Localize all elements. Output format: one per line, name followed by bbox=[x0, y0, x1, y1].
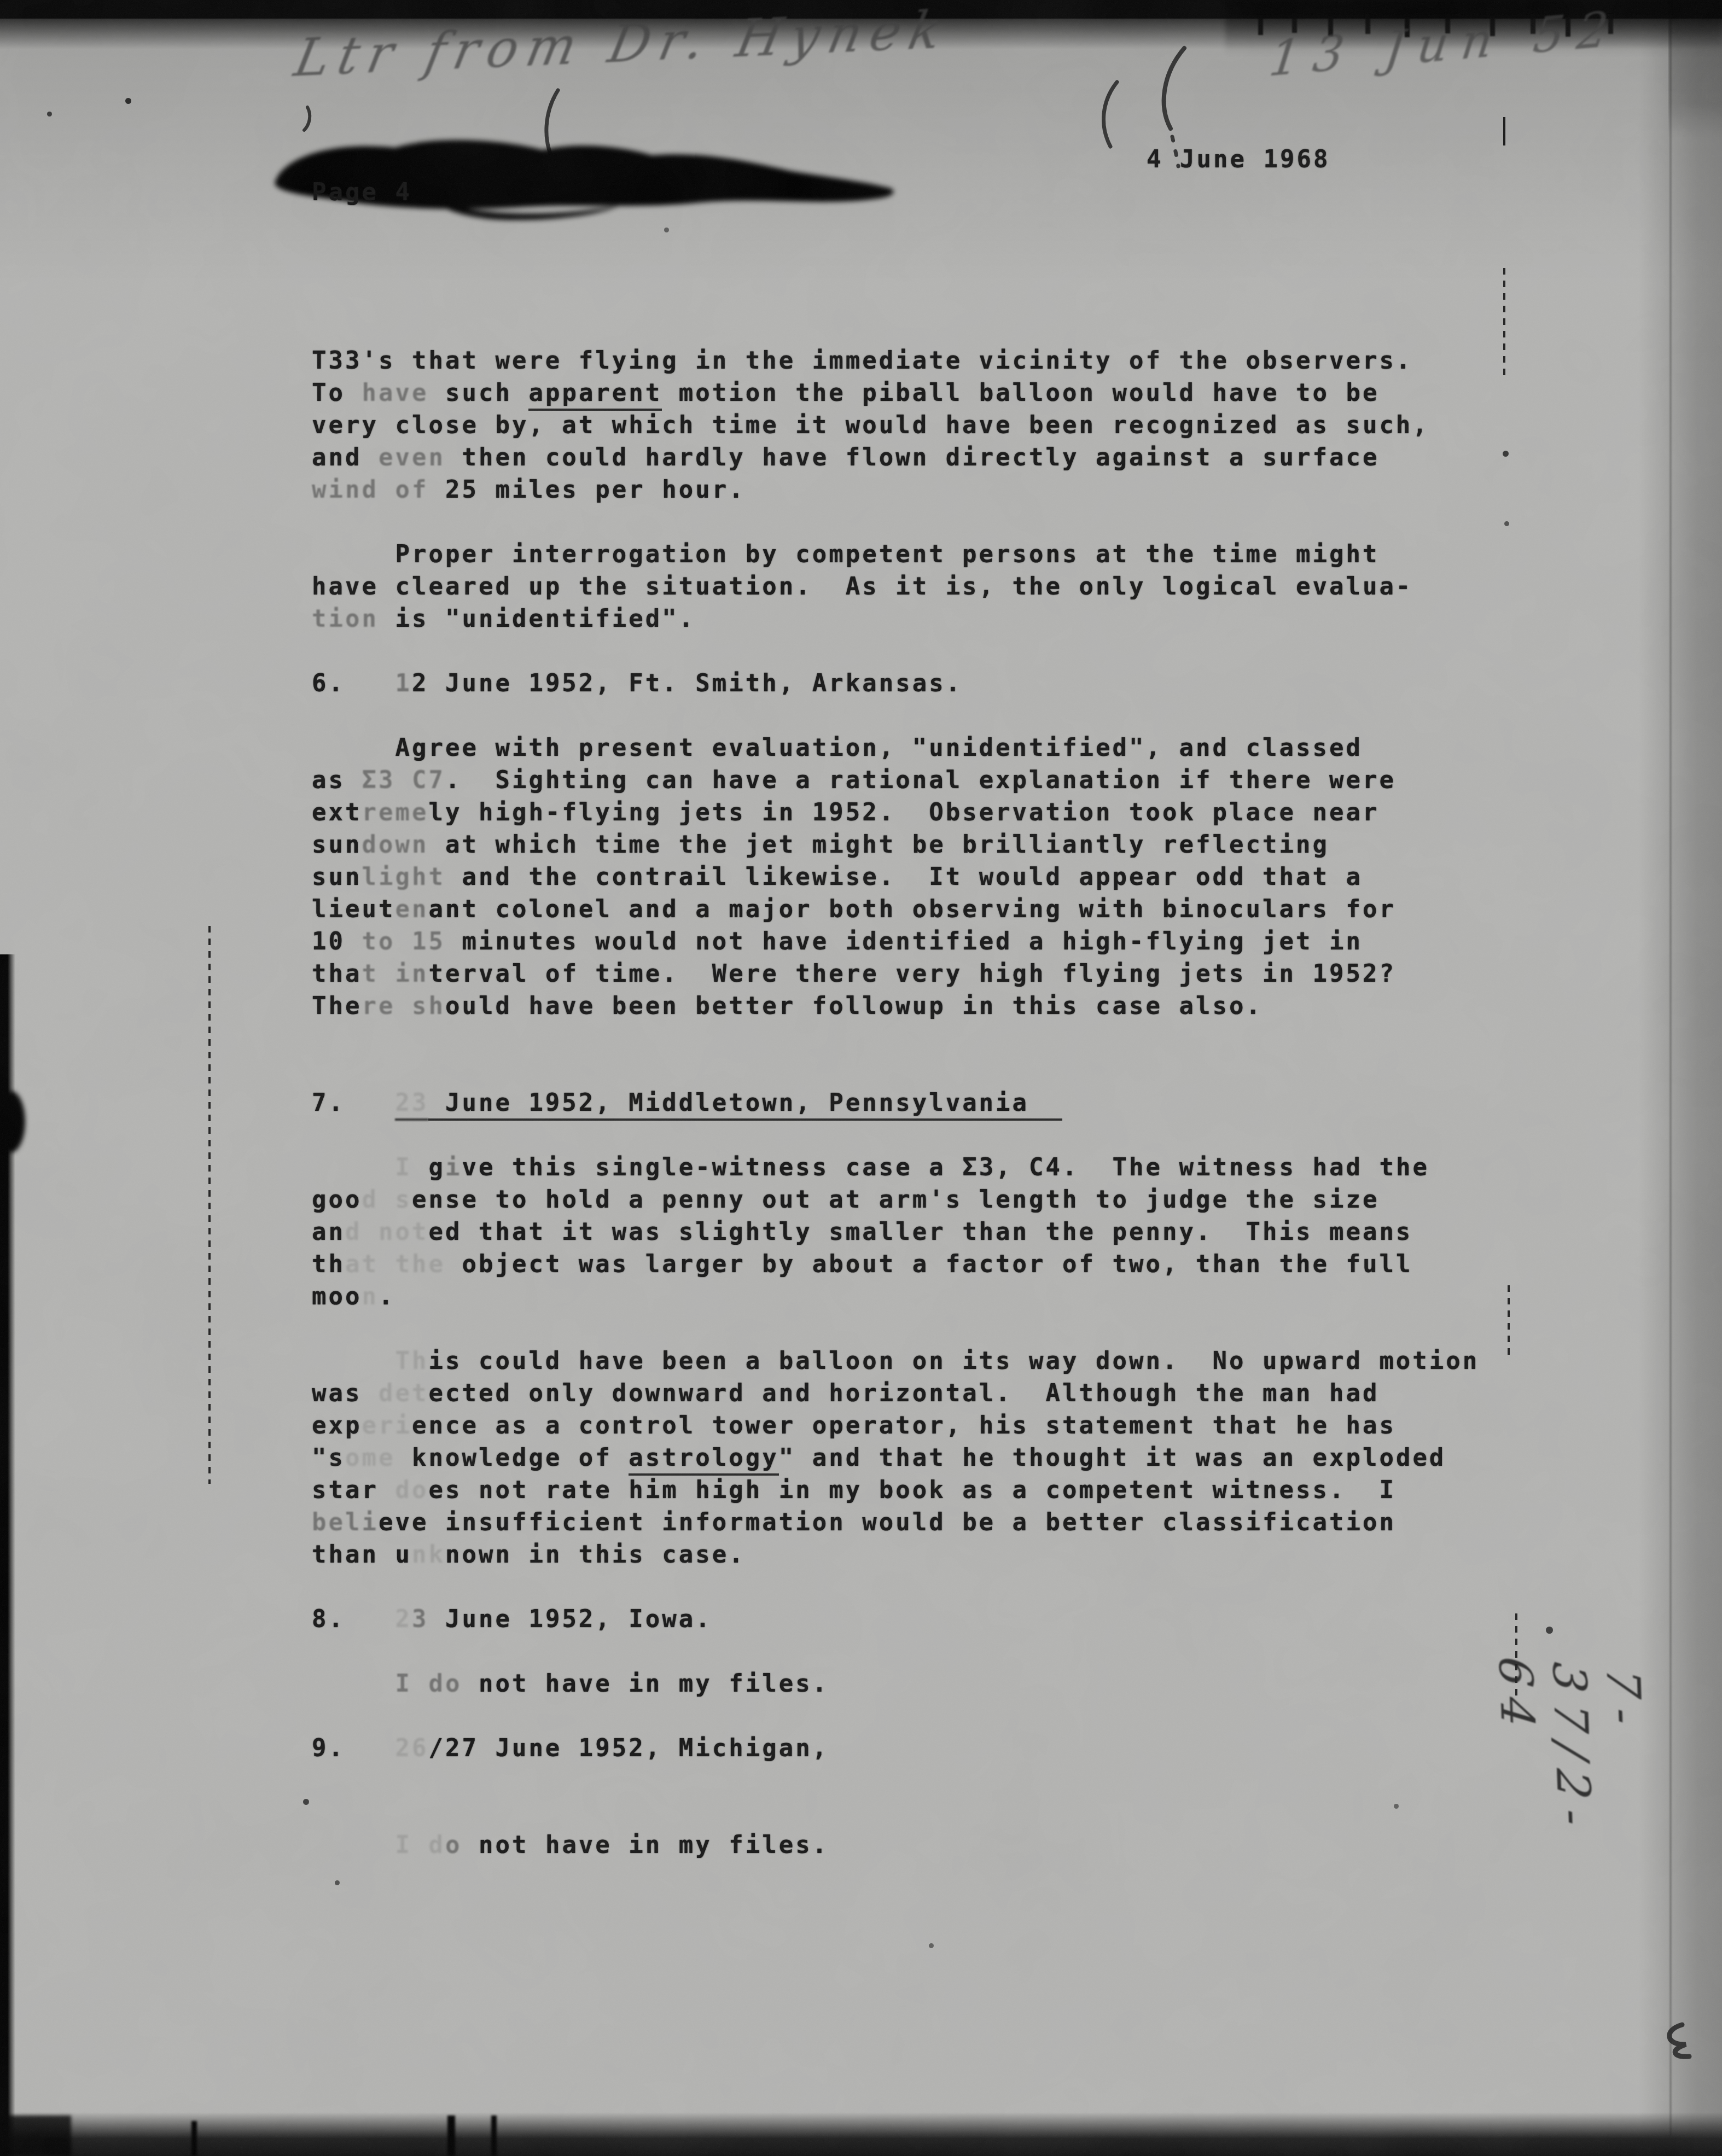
text-segment bbox=[312, 1670, 395, 1698]
text-segment: June 1952, Iowa. bbox=[428, 1605, 712, 1633]
text-line: have cleared up the situation. As it is,… bbox=[312, 570, 1471, 603]
text-segment: To bbox=[312, 379, 362, 407]
text-line: as Σ3 C7. Sighting can have a rational e… bbox=[312, 764, 1471, 796]
document-body: T33's that were flying in the immediate … bbox=[312, 345, 1471, 1861]
scan-specks bbox=[0, 0, 3, 3]
scan-edge-tick-marks bbox=[1258, 15, 1263, 35]
underlined-text: astrology bbox=[629, 1444, 778, 1476]
text-segment: /27 June 1952, Michigan, bbox=[428, 1734, 829, 1762]
text-line: than unknown in this case. bbox=[312, 1539, 1471, 1571]
scan-streak bbox=[491, 2116, 497, 2156]
text-segment: wind of bbox=[312, 476, 428, 504]
text-segment: " and that he thought it was an exploded bbox=[779, 1444, 1446, 1472]
text-segment: eri bbox=[362, 1412, 411, 1440]
text-line: and noted that it was slightly smaller t… bbox=[312, 1216, 1471, 1248]
text-segment: The bbox=[312, 992, 362, 1020]
text-line: 9. 26/27 June 1952, Michigan, bbox=[312, 1732, 1471, 1764]
text-segment: an bbox=[312, 1218, 345, 1246]
text-segment: "s bbox=[312, 1444, 345, 1472]
text-segment: d not bbox=[345, 1218, 428, 1246]
text-segment: at which time the jet might be brilliant… bbox=[428, 831, 1329, 859]
text-segment: to 15 bbox=[362, 928, 445, 955]
text-line: that interval of time. Were there very h… bbox=[312, 958, 1471, 990]
reply: I do not have in my files. bbox=[312, 1668, 1471, 1700]
text-line: There should have been better followup i… bbox=[312, 990, 1471, 1022]
text-segment: 26 bbox=[395, 1734, 428, 1762]
text-segment: was bbox=[312, 1379, 379, 1407]
underlined-text: June 1952, Middletown, Pennsylvania bbox=[428, 1089, 1029, 1121]
text-segment: Th bbox=[395, 1347, 428, 1375]
text-line: 7. 23 June 1952, Middletown, Pennsylvani… bbox=[312, 1087, 1471, 1119]
text-segment: ense to hold a penny out at arm's length… bbox=[412, 1186, 1379, 1214]
text-line: and even then could hardly have flown di… bbox=[312, 441, 1471, 474]
text-line: experience as a control tower operator, … bbox=[312, 1409, 1471, 1442]
text-line: extremely high-flying jets in 1952. Obse… bbox=[312, 796, 1471, 829]
text-segment: minutes would not have identified a high… bbox=[445, 928, 1363, 955]
text-segment: re sh bbox=[362, 992, 445, 1020]
paragraph: I give this single-witness case a Σ3, C4… bbox=[312, 1151, 1471, 1313]
case-heading: 9. 26/27 June 1952, Michigan, bbox=[312, 1732, 1471, 1764]
text-segment: ve this single-witness case a Σ3, C4. Th… bbox=[462, 1153, 1429, 1181]
text-segment: 9. bbox=[312, 1734, 395, 1762]
text-segment: even bbox=[379, 444, 445, 471]
text-segment: star bbox=[312, 1476, 395, 1504]
text-segment: 8. bbox=[312, 1605, 395, 1633]
text-segment: down bbox=[362, 831, 428, 859]
case-heading: 8. 23 June 1952, Iowa. bbox=[312, 1603, 1471, 1635]
text-line: tion is "unidentified". bbox=[312, 603, 1471, 635]
underlined-text: apparent bbox=[528, 379, 662, 411]
text-segment: 7. bbox=[312, 1089, 395, 1117]
text-line: lieutenant colonel and a major both obse… bbox=[312, 893, 1471, 925]
text-segment: tha bbox=[312, 960, 362, 988]
text-line: believe insufficient information would b… bbox=[312, 1506, 1471, 1539]
text-segment: o bbox=[445, 1831, 462, 1859]
text-segment: t in bbox=[362, 960, 428, 988]
text-line: I do not have in my files. bbox=[312, 1668, 1471, 1700]
text-segment: 2 bbox=[395, 1605, 412, 1633]
text-segment: n bbox=[362, 1283, 379, 1310]
text-segment: th bbox=[312, 1250, 345, 1278]
text-line: very close by, at which time it would ha… bbox=[312, 409, 1471, 441]
text-segment: es not rate him high in my book as a com… bbox=[428, 1476, 1395, 1504]
paragraph: This could have been a balloon on its wa… bbox=[312, 1345, 1471, 1571]
text-segment: lieut bbox=[312, 895, 395, 923]
text-segment: is "unidentified". bbox=[379, 605, 695, 633]
text-segment: nown in this case. bbox=[445, 1541, 746, 1569]
text-line: star does not rate him high in my book a… bbox=[312, 1474, 1471, 1506]
text-segment: is could have been a balloon on its way … bbox=[428, 1347, 1479, 1375]
text-segment bbox=[312, 1153, 395, 1181]
text-segment: light bbox=[362, 863, 445, 891]
text-segment: ly high-flying jets in 1952. Observation… bbox=[428, 799, 1379, 826]
text-segment: moo bbox=[312, 1283, 362, 1310]
text-segment: 2 June 1952, Ft. Smith, Arkansas. bbox=[412, 669, 962, 697]
text-segment: d s bbox=[362, 1186, 411, 1214]
text-segment bbox=[312, 1831, 395, 1859]
text-line: good sense to hold a penny out at arm's … bbox=[312, 1184, 1471, 1216]
case-heading: 7. 23 June 1952, Middletown, Pennsylvani… bbox=[312, 1087, 1471, 1119]
text-segment: such bbox=[428, 379, 528, 407]
text-line: I give this single-witness case a Σ3, C4… bbox=[312, 1151, 1471, 1184]
text-line: was detected only downward and horizonta… bbox=[312, 1377, 1471, 1409]
text-segment: nk bbox=[412, 1541, 445, 1569]
text-segment: sun bbox=[312, 863, 362, 891]
text-segment: then could hardly have flown directly ag… bbox=[445, 444, 1379, 471]
text-segment: and bbox=[312, 444, 379, 471]
underlined-text: 23 bbox=[395, 1089, 428, 1121]
text-segment: reme bbox=[362, 799, 428, 826]
page-fold-line bbox=[1669, 0, 1672, 2156]
text-segment: 3 bbox=[412, 1605, 429, 1633]
text-segment: 25 miles per hour. bbox=[428, 476, 745, 504]
scan-streak bbox=[447, 2116, 455, 2156]
text-segment: I d bbox=[395, 1831, 445, 1859]
text-line: wind of 25 miles per hour. bbox=[312, 474, 1471, 506]
scan-streak bbox=[191, 2121, 197, 2156]
scan-corner-shadow bbox=[1668, 0, 1722, 138]
text-segment: not have in my files. bbox=[462, 1831, 829, 1859]
text-segment: T33's that were flying in the immediate … bbox=[312, 347, 1412, 375]
text-line: sunlight and the contrail likewise. It w… bbox=[312, 861, 1471, 893]
paragraph: Proper interrogation by competent person… bbox=[312, 538, 1471, 635]
text-segment: and the contrail likewise. It would appe… bbox=[445, 863, 1363, 891]
text-segment: tion bbox=[312, 605, 379, 633]
text-segment: en bbox=[395, 895, 428, 923]
text-segment: ome bbox=[345, 1444, 412, 1472]
scanned-document-page: Ltr from Dr. Hynek 13 Jun 52 Page 4 4 Ju… bbox=[0, 0, 1722, 2156]
text-line: Proper interrogation by competent person… bbox=[312, 538, 1471, 570]
text-segment: not have in my files. bbox=[462, 1670, 829, 1698]
text-line: that the object was larger by about a fa… bbox=[312, 1248, 1471, 1280]
text-segment: knowledge of bbox=[412, 1444, 629, 1472]
paragraph: Agree with present evaluation, "unidenti… bbox=[312, 732, 1471, 1022]
text-segment: goo bbox=[312, 1186, 362, 1214]
text-segment: Proper interrogation by competent person… bbox=[312, 540, 1379, 568]
margin-dotted-line bbox=[1508, 1285, 1510, 1355]
text-segment: than u bbox=[312, 1541, 412, 1569]
text-line: I do not have in my files. bbox=[312, 1829, 1471, 1861]
text-segment: . Sighting can have a rational explanati… bbox=[445, 766, 1396, 794]
text-segment: ould have been better followup in this c… bbox=[445, 992, 1263, 1020]
text-segment: ected only downward and horizontal. Alth… bbox=[428, 1379, 1379, 1407]
text-line: To have such apparent motion the piball … bbox=[312, 377, 1471, 409]
text-segment: 10 bbox=[312, 928, 362, 955]
text-segment: very close by, at which time it would ha… bbox=[312, 411, 1429, 439]
text-line: 10 to 15 minutes would not have identifi… bbox=[312, 925, 1471, 958]
text-segment: . bbox=[379, 1283, 395, 1310]
text-segment: g bbox=[412, 1153, 445, 1181]
handwritten-file-number: 7-37/2-64 bbox=[1488, 1654, 1656, 1845]
scan-bottom-edge-bar bbox=[0, 2112, 1722, 2156]
text-line: 8. 23 June 1952, Iowa. bbox=[312, 1603, 1471, 1635]
document-date: 4 June 1968 bbox=[1147, 145, 1330, 173]
underlined-text bbox=[1029, 1089, 1062, 1121]
text-segment: I bbox=[395, 1153, 412, 1181]
text-segment: do bbox=[395, 1476, 428, 1504]
text-segment: ence as a control tower operator, his st… bbox=[412, 1412, 1396, 1440]
text-segment: ext bbox=[312, 799, 362, 826]
case-heading: 6. 12 June 1952, Ft. Smith, Arkansas. bbox=[312, 667, 1471, 700]
text-line: sundown at which time the jet might be b… bbox=[312, 829, 1471, 861]
text-segment: exp bbox=[312, 1412, 362, 1440]
text-segment: eve insufficient information would be a … bbox=[379, 1508, 1396, 1536]
scan-left-edge-blob bbox=[0, 1091, 25, 1152]
margin-dotted-line bbox=[1503, 268, 1505, 380]
text-segment bbox=[312, 1347, 395, 1375]
text-segment: ed that it was slightly smaller than the… bbox=[428, 1218, 1412, 1246]
text-segment: have bbox=[362, 379, 428, 407]
text-segment: object was larger by about a factor of t… bbox=[445, 1250, 1412, 1278]
text-segment: I do bbox=[395, 1670, 462, 1698]
text-line: Agree with present evaluation, "unidenti… bbox=[312, 732, 1471, 764]
text-segment: motion the piball balloon would have to … bbox=[662, 379, 1379, 407]
margin-dotted-line bbox=[208, 926, 211, 1484]
text-line: T33's that were flying in the immediate … bbox=[312, 345, 1471, 377]
paragraph: T33's that were flying in the immediate … bbox=[312, 345, 1471, 506]
text-segment: at the bbox=[345, 1250, 445, 1278]
reply: I do not have in my files. bbox=[312, 1829, 1471, 1861]
text-segment: Σ3 C7 bbox=[362, 766, 445, 794]
text-segment: det bbox=[379, 1379, 428, 1407]
text-segment: 1 bbox=[395, 669, 412, 697]
text-segment: beli bbox=[312, 1508, 379, 1536]
page-number-label: Page 4 bbox=[312, 178, 412, 206]
text-line: "some knowledge of astrology" and that h… bbox=[312, 1442, 1471, 1474]
text-segment: 6. bbox=[312, 669, 395, 697]
margin-dash-mark bbox=[1503, 117, 1505, 145]
text-segment: sun bbox=[312, 831, 362, 859]
text-segment: i bbox=[445, 1153, 462, 1181]
text-segment: as bbox=[312, 766, 362, 794]
text-segment: have cleared up the situation. As it is,… bbox=[312, 573, 1412, 601]
text-segment: ant colonel and a major both observing w… bbox=[428, 895, 1395, 923]
text-line: 6. 12 June 1952, Ft. Smith, Arkansas. bbox=[312, 667, 1471, 700]
text-line: This could have been a balloon on its wa… bbox=[312, 1345, 1471, 1377]
text-segment: terval of time. Were there very high fly… bbox=[428, 960, 1395, 988]
text-segment: Agree with present evaluation, "unidenti… bbox=[312, 734, 1363, 762]
text-line: moon. bbox=[312, 1280, 1471, 1313]
